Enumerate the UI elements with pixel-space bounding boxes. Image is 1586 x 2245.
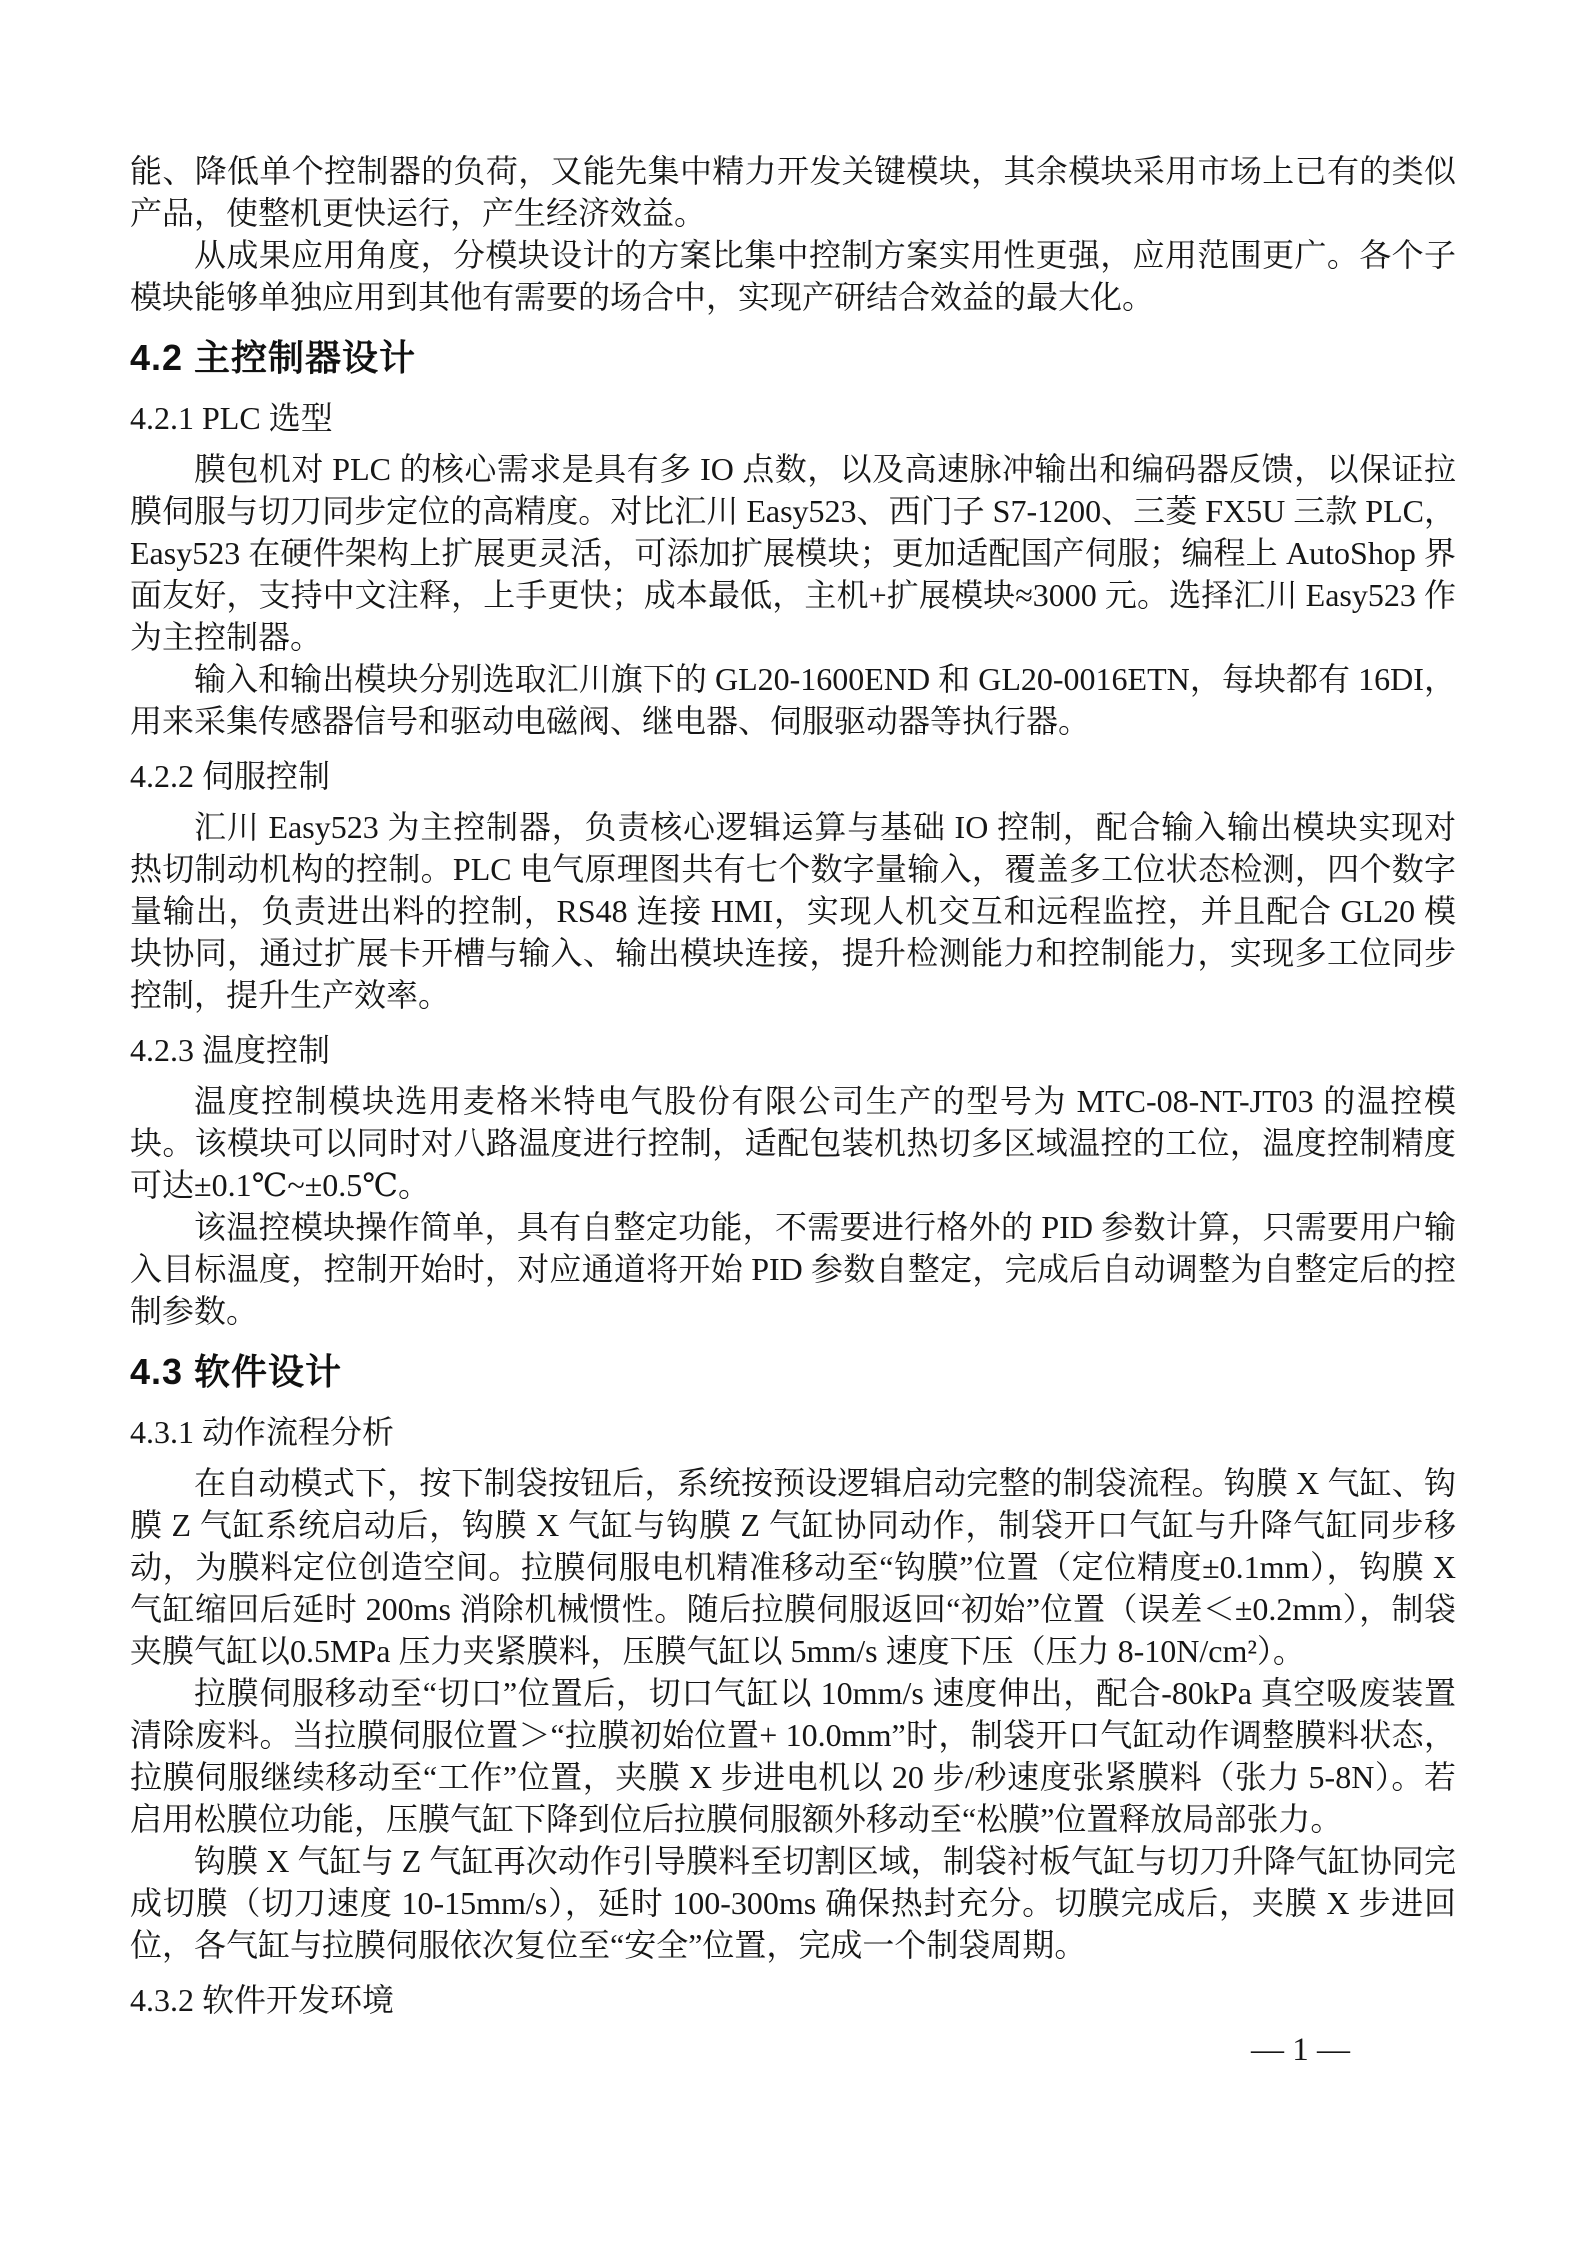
paragraph-intro-continuation: 能、降低单个控制器的负荷，又能先集中精力开发关键模块，其余模块采用市场上已有的类… bbox=[130, 150, 1456, 234]
subsection-heading-4-2-3: 4.2.3 温度控制 bbox=[130, 1028, 1456, 1072]
section-heading-4-3: 4.3 软件设计 bbox=[130, 1346, 1456, 1398]
subsection-heading-4-2-2: 4.2.2 伺服控制 bbox=[130, 754, 1456, 798]
paragraph-io-modules: 输入和输出模块分别选取汇川旗下的 GL20-1600END 和 GL20-001… bbox=[130, 658, 1456, 742]
paragraph-temperature-autotune: 该温控模块操作简单，具有自整定功能，不需要进行格外的 PID 参数计算，只需要用… bbox=[130, 1206, 1456, 1332]
document-page: 能、降低单个控制器的负荷，又能先集中精力开发关键模块，其余模块采用市场上已有的类… bbox=[0, 0, 1586, 2245]
paragraph-action-flow-2: 拉膜伺服移动至“切口”位置后，切口气缸以 10mm/s 速度伸出，配合-80kP… bbox=[130, 1672, 1456, 1840]
subsection-heading-4-3-2: 4.3.2 软件开发环境 bbox=[130, 1978, 1456, 2022]
subsection-heading-4-3-1: 4.3.1 动作流程分析 bbox=[130, 1410, 1456, 1454]
paragraph-intro-applications: 从成果应用角度，分模块设计的方案比集中控制方案实用性更强，应用范围更广。各个子模… bbox=[130, 234, 1456, 318]
paragraph-temperature-module: 温度控制模块选用麦格米特电气股份有限公司生产的型号为 MTC-08-NT-JT0… bbox=[130, 1080, 1456, 1206]
paragraph-action-flow-3: 钩膜 X 气缸与 Z 气缸再次动作引导膜料至切割区域，制袋衬板气缸与切刀升降气缸… bbox=[130, 1840, 1456, 1966]
paragraph-action-flow-1: 在自动模式下，按下制袋按钮后，系统按预设逻辑启动完整的制袋流程。钩膜 X 气缸、… bbox=[130, 1462, 1456, 1672]
subsection-heading-4-2-1: 4.2.1 PLC 选型 bbox=[130, 396, 1456, 440]
paragraph-plc-selection: 膜包机对 PLC 的核心需求是具有多 IO 点数，以及高速脉冲输出和编码器反馈，… bbox=[130, 448, 1456, 658]
paragraph-servo-control: 汇川 Easy523 为主控制器，负责核心逻辑运算与基础 IO 控制，配合输入输… bbox=[130, 806, 1456, 1016]
section-heading-4-2: 4.2 主控制器设计 bbox=[130, 332, 1456, 384]
page-number: — 1 — bbox=[1251, 2030, 1350, 2070]
